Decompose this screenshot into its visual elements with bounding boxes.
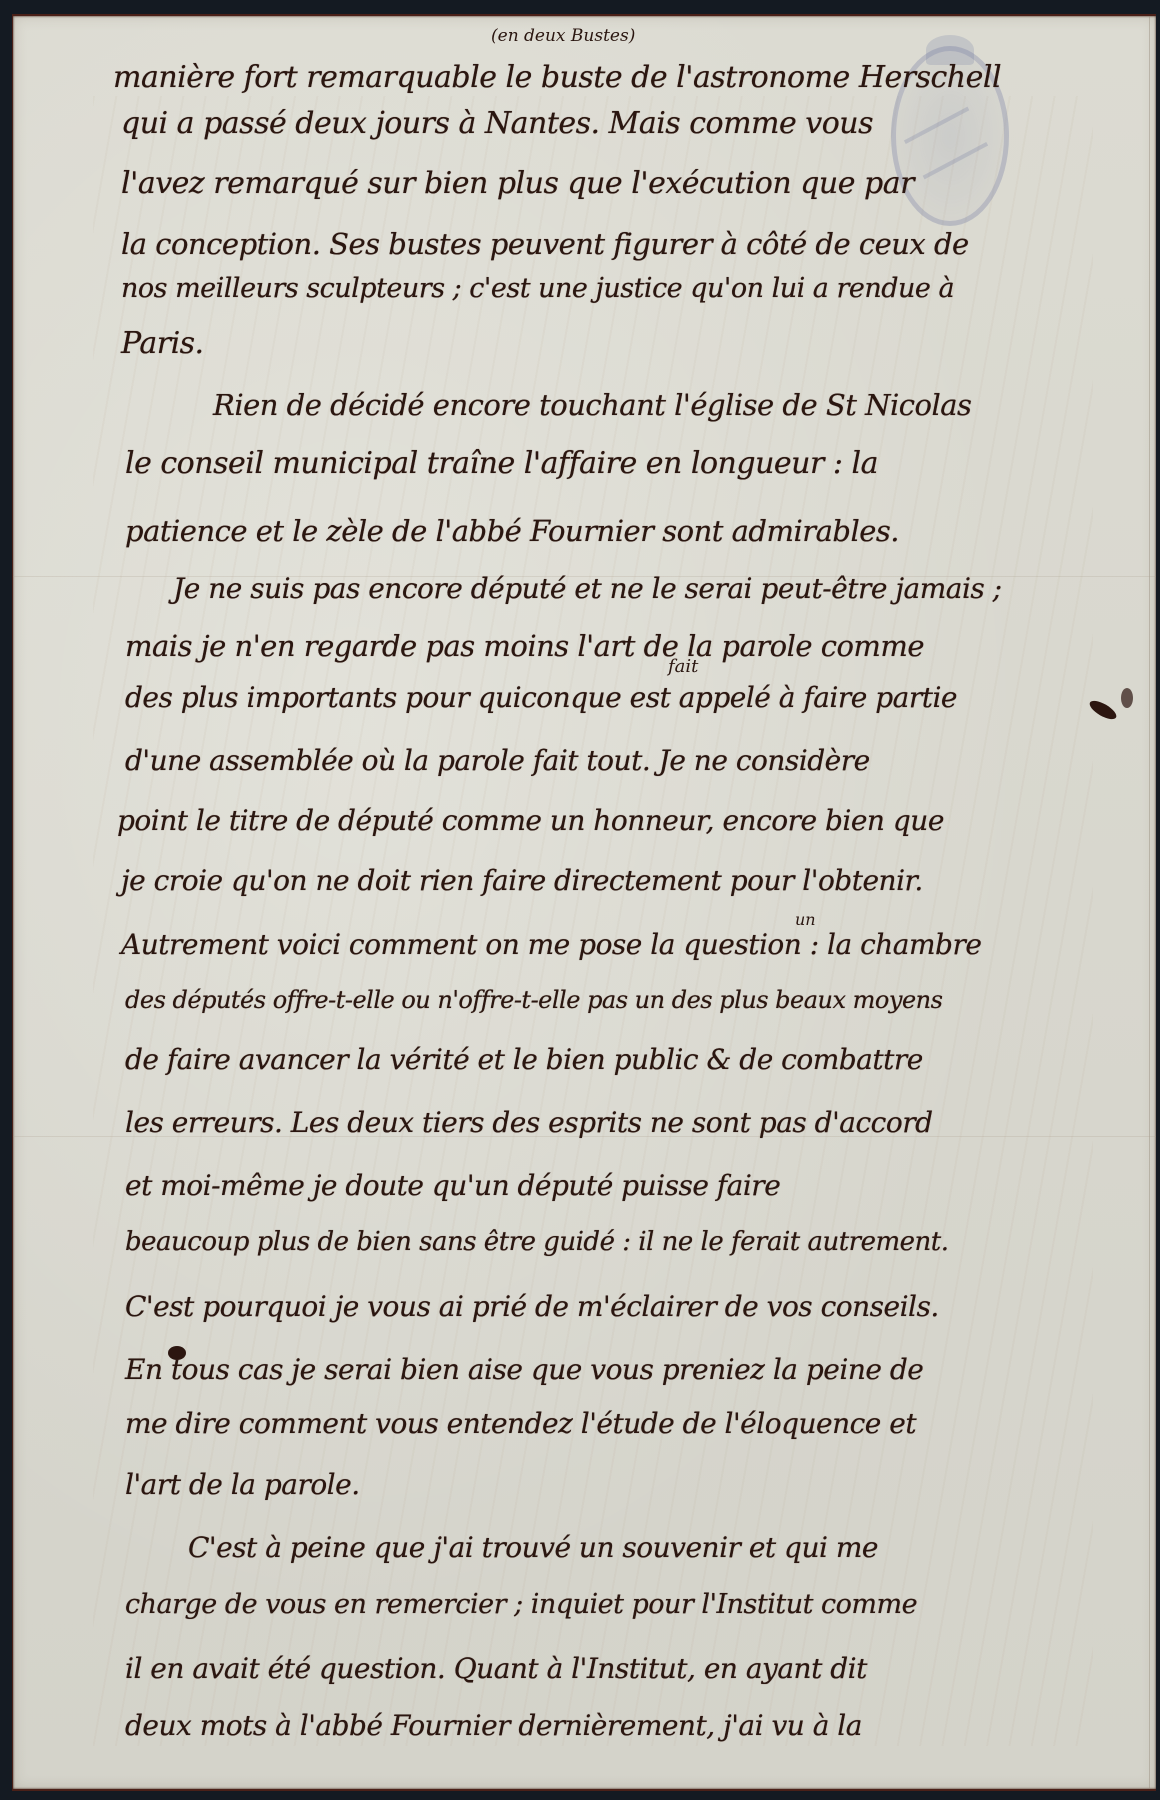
text-line: l'avez remarqué sur bien plus que l'exéc…	[121, 166, 914, 201]
ink-blot	[168, 1346, 186, 1360]
text-line: C'est à peine que j'ai trouvé un souveni…	[188, 1531, 878, 1564]
text-line: C'est pourquoi je vous ai prié de m'écla…	[125, 1290, 939, 1323]
vertical-fold	[1149, 16, 1150, 1789]
text-line: En tous cas je serai bien aise que vous …	[125, 1353, 923, 1386]
text-line: Je ne suis pas encore député et ne le se…	[173, 572, 1002, 605]
text-line: deux mots à l'abbé Fournier dernièrement…	[125, 1709, 862, 1742]
text-line: les erreurs. Les deux tiers des esprits …	[125, 1106, 933, 1139]
text-line: mais je n'en regarde pas moins l'art de …	[125, 629, 924, 663]
text-line: Autrement voici comment on me pose la qu…	[121, 928, 981, 961]
text-line: l'art de la parole.	[125, 1468, 360, 1501]
text-line: Paris.	[121, 326, 204, 361]
text-line: et moi-même je doute qu'un député puisse…	[125, 1169, 780, 1202]
text-line: qui a passé deux jours à Nantes. Mais co…	[121, 106, 873, 141]
text-line: la conception. Ses bustes peuvent figure…	[121, 227, 969, 261]
stamp-band	[904, 107, 988, 180]
text-line: il en avait été question. Quant à l'Inst…	[125, 1652, 867, 1685]
text-line: des plus importants pour quiconque est a…	[125, 681, 957, 714]
ink-blot	[1121, 688, 1133, 708]
letter-page: (en deux Bustes) manière fort remarquabl…	[12, 14, 1156, 1791]
text-line: des députés offre-t-elle ou n'offre-t-el…	[125, 986, 942, 1014]
text-line: charge de vous en remercier ; inquiet po…	[125, 1589, 917, 1620]
text-line: le conseil municipal traîne l'affaire en…	[125, 446, 878, 481]
text-line: nos meilleurs sculpteurs ; c'est une jus…	[121, 273, 954, 304]
insertion-un: un	[795, 910, 816, 929]
text-line: Rien de décidé encore touchant l'église …	[213, 388, 971, 422]
ink-blot	[1087, 697, 1119, 722]
text-line: point le titre de député comme un honneu…	[117, 804, 944, 837]
text-line: manière fort remarquable le buste de l'a…	[113, 60, 1001, 95]
text-line: d'une assemblée où la parole fait tout. …	[125, 744, 870, 777]
text-line: me dire comment vous entendez l'étude de…	[125, 1407, 916, 1440]
text-line: de faire avancer la vérité et le bien pu…	[125, 1043, 923, 1076]
text-line: patience et le zèle de l'abbé Fournier s…	[125, 514, 899, 548]
text-line: beaucoup plus de bien sans être guidé : …	[125, 1227, 948, 1257]
header-annotation: (en deux Bustes)	[491, 26, 635, 46]
insertion-fait: fait	[668, 656, 698, 677]
text-line: je croie qu'on ne doit rien faire direct…	[121, 864, 923, 897]
